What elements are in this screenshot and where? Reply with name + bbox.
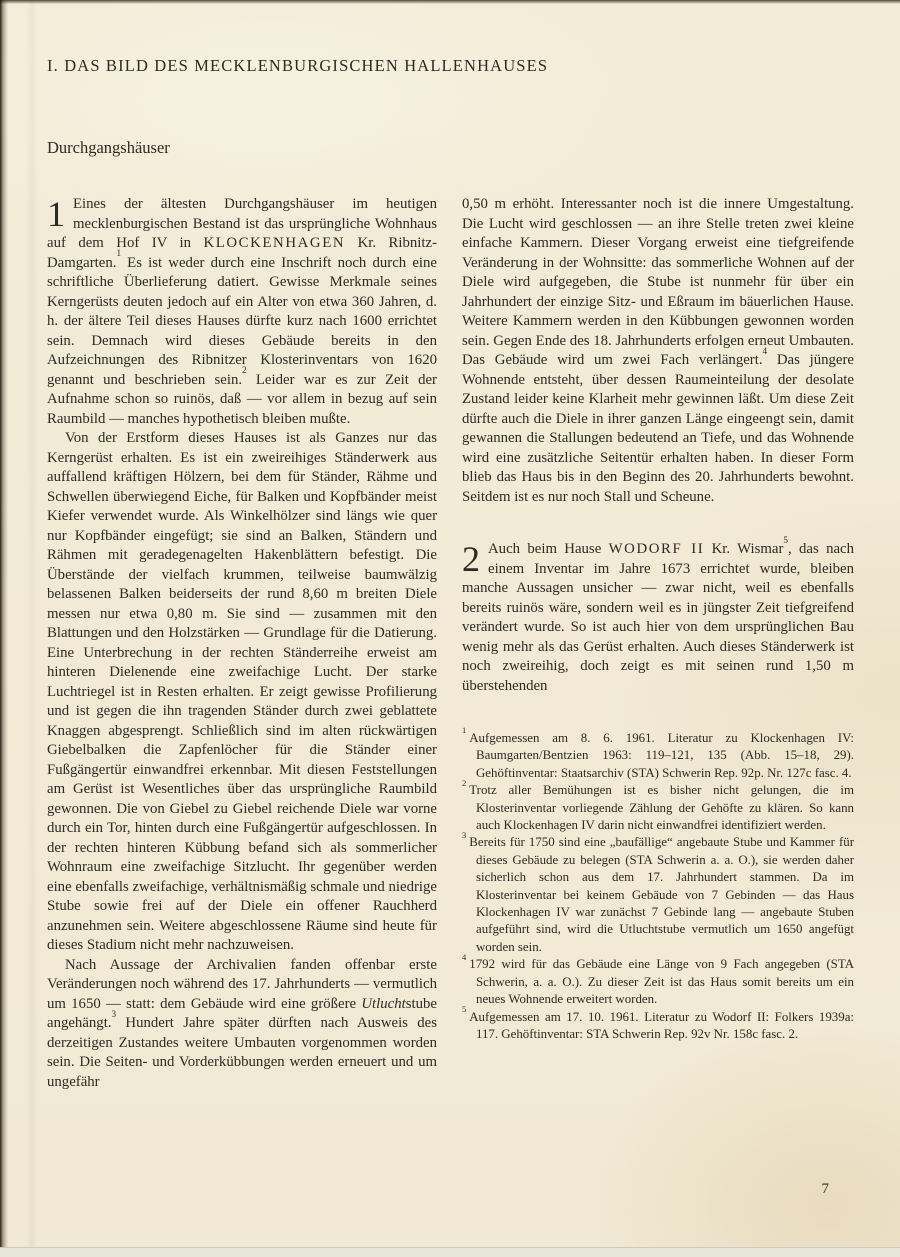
footnote: 5Aufgemessen am 17. 10. 1961. Literatur … — [462, 1009, 854, 1044]
page-edge-left — [0, 0, 8, 1257]
footnote-ref: 5 — [783, 535, 788, 545]
body-text: 0,50 m erhöht. Interessanter noch ist di… — [462, 196, 854, 368]
body-text: Von der Erstform dieses Hauses ist als G… — [47, 430, 437, 953]
paragraph: 2Auch beim Hause WODORF II Kr. Wismar5, … — [462, 540, 854, 696]
paragraph: Nach Aussage der Archivalien fanden offe… — [47, 956, 437, 1093]
body-text: Das jüngere Wohnende entsteht, über dess… — [462, 352, 854, 505]
footnote-text: Aufgemessen am 8. 6. 1961. Literatur zu … — [469, 731, 854, 780]
footnote-ref: 1 — [116, 248, 121, 258]
footnote-text: Aufgemessen am 17. 10. 1961. Literatur z… — [469, 1010, 854, 1041]
spaced-caps-text: KLOCKENHAGEN — [203, 235, 345, 251]
page-fold-shadow — [26, 0, 38, 1257]
body-text: Kr. Wismar — [704, 541, 783, 557]
footnote: 1Aufgemessen am 8. 6. 1961. Literatur zu… — [462, 730, 854, 782]
footnote-text: 1792 wird für das Gebäude eine Länge von… — [469, 957, 854, 1006]
paragraph: 1Eines der ältesten Durchgangshäuser im … — [47, 195, 437, 429]
footnote: 2Trotz aller Bemühungen ist es bisher ni… — [462, 782, 854, 834]
footnote-marker: 3 — [462, 830, 469, 840]
footnote: 41792 wird für das Gebäude eine Länge vo… — [462, 956, 854, 1008]
footnote: 3Bereits für 1750 sind eine „baufällige“… — [462, 834, 854, 956]
spaced-caps-text: WODORF II — [609, 541, 705, 557]
footnote-marker: 4 — [462, 952, 469, 962]
paragraph-number: 1 — [47, 198, 65, 231]
left-column: 1Eines der ältesten Durchgangshäuser im … — [47, 195, 437, 1092]
body-text: , das nach einem Inventar im Jahre 1673 … — [462, 541, 854, 694]
text-area: 1Eines der ältesten Durchgangshäuser im … — [47, 195, 855, 1092]
paragraph-number: 2 — [462, 543, 480, 576]
paragraph: Von der Erstform dieses Hauses ist als G… — [47, 429, 437, 956]
footnote-ref: 4 — [763, 346, 768, 356]
footnote-text: Bereits für 1750 sind eine „baufällige“ … — [469, 835, 854, 953]
footnote-marker: 5 — [462, 1004, 469, 1014]
footnote-ref: 3 — [112, 1009, 117, 1019]
footnote-marker: 1 — [462, 725, 469, 735]
page-number: 7 — [822, 1181, 830, 1198]
chapter-heading: I. DAS BILD DES MECKLENBURGISCHEN HALLEN… — [47, 56, 548, 76]
footnote-ref: 2 — [242, 365, 247, 375]
book-page: I. DAS BILD DES MECKLENBURGISCHEN HALLEN… — [0, 0, 900, 1257]
page-edge-bottom — [0, 1247, 900, 1257]
right-column-paragraphs: 0,50 m erhöht. Interessanter noch ist di… — [462, 195, 854, 696]
section-heading: Durchgangshäuser — [47, 138, 170, 158]
footnote-text: Trotz aller Bemühungen ist es bisher nic… — [469, 783, 854, 832]
italic-text: Utlucht — [361, 996, 405, 1012]
page-edge-top — [0, 0, 900, 4]
paragraph: 0,50 m erhöht. Interessanter noch ist di… — [462, 195, 854, 507]
right-column: 0,50 m erhöht. Interessanter noch ist di… — [462, 195, 854, 1092]
footnotes: 1Aufgemessen am 8. 6. 1961. Literatur zu… — [462, 730, 854, 1043]
footnote-marker: 2 — [462, 778, 469, 788]
body-text: Auch beim Hause — [488, 541, 609, 557]
